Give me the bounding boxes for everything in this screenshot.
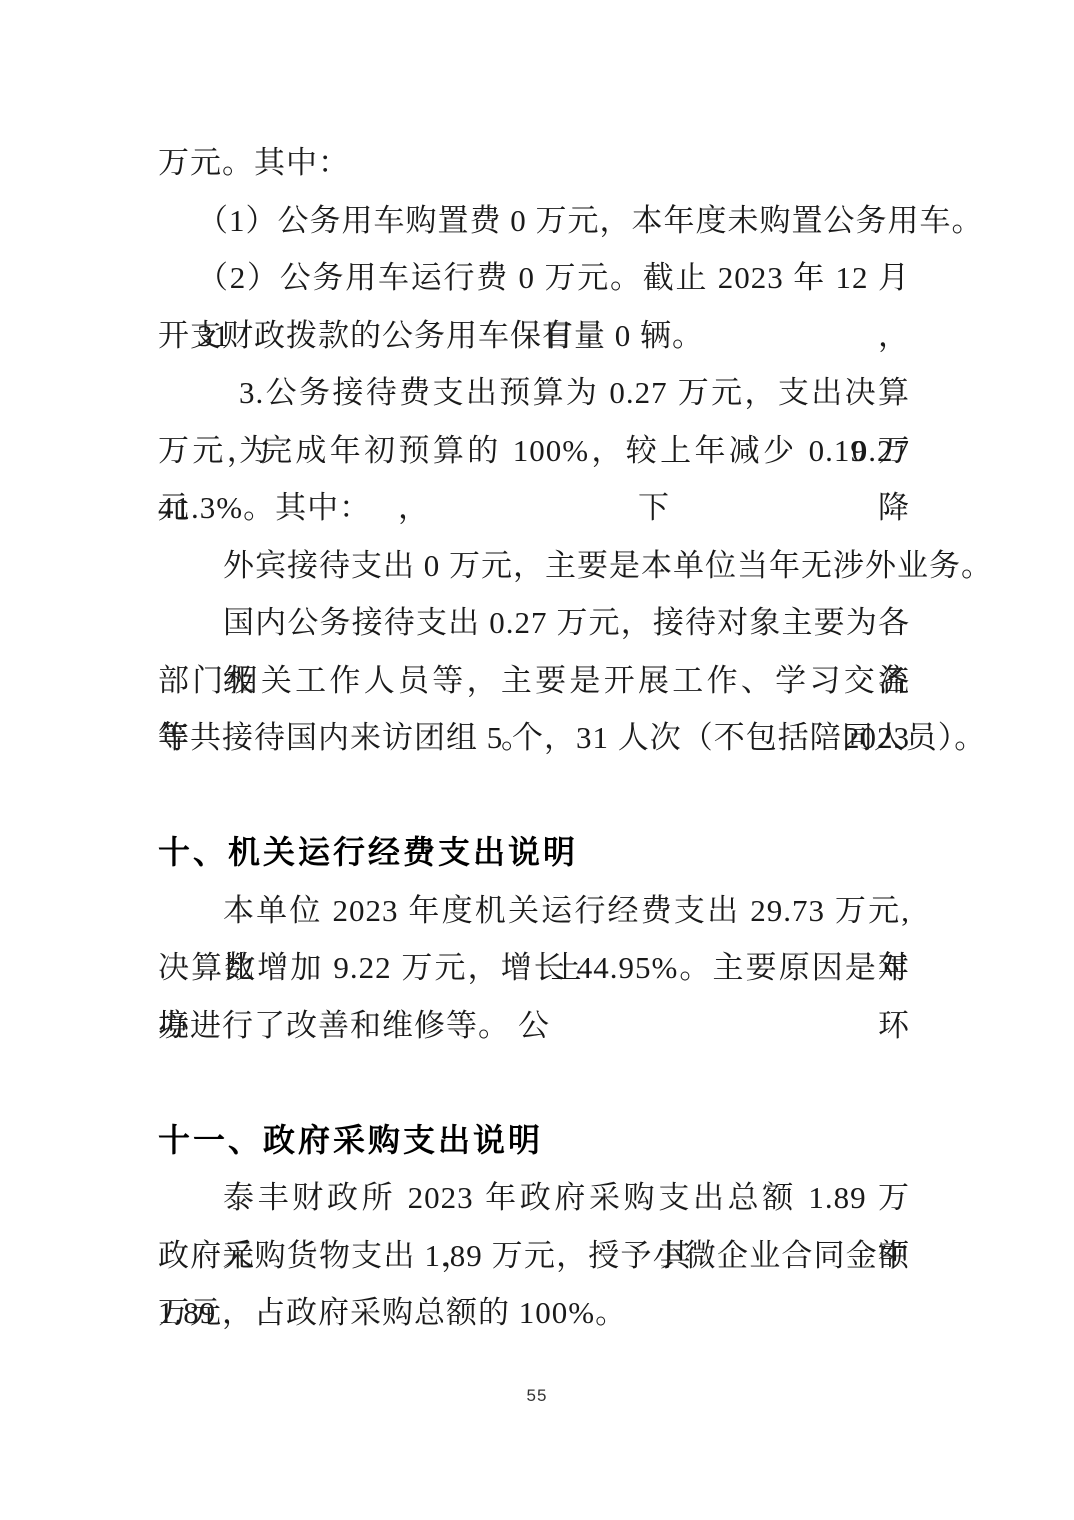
text-line: 3.公务接待费支出预算为 0.27 万元，支出决算为 0.27 (158, 364, 910, 422)
section-heading: 十、机关运行经费支出说明 (158, 824, 910, 882)
text-line: 外宾接待支出 0 万元，主要是本单位当年无涉外业务。 (158, 537, 910, 595)
text-line: 本单位 2023 年度机关运行经费支出 29.73 万元,比上年 (158, 882, 910, 940)
text-line: （2）公务用车运行费 0 万元。截止 2023 年 12 月 31 日， (158, 249, 910, 307)
text-line: 万元。其中： (158, 134, 910, 192)
text-line: 万元，占政府采购总额的 100%。 (158, 1284, 910, 1342)
text-line: 国内公务接待支出 0.27 万元，接待对象主要为各级各 (158, 594, 910, 652)
text-line: 政府采购货物支出 1.89 万元，授予小微企业合同金额 1.89 (158, 1227, 910, 1285)
text-line: 年共接待国内来访团组 5 个，31 人次（不包括陪同人员）。 (158, 709, 910, 767)
text-line: 决算数增加 9.22 万元，增长 44.95%。主要原因是对办公环 (158, 939, 910, 997)
text-line: 部门相关工作人员等，主要是开展工作、学习交流等。2023 (158, 652, 910, 710)
blank-line (158, 1054, 910, 1112)
text-line: （1）公务用车购置费 0 万元，本年度未购置公务用车。 (158, 192, 910, 250)
text-line: 万元，完成年初预算的 100%，较上年减少 0.19 万元，下降 (158, 422, 910, 480)
text-line: 泰丰财政所 2023 年政府采购支出总额 1.89 万元，其中 (158, 1169, 910, 1227)
blank-line (158, 767, 910, 825)
section-heading: 十一、政府采购支出说明 (158, 1112, 910, 1170)
document-page: 万元。其中：（1）公务用车购置费 0 万元，本年度未购置公务用车。（2）公务用车… (0, 0, 1074, 1520)
page-number: 55 (0, 1386, 1074, 1406)
document-body: 万元。其中：（1）公务用车购置费 0 万元，本年度未购置公务用车。（2）公务用车… (158, 134, 910, 1342)
